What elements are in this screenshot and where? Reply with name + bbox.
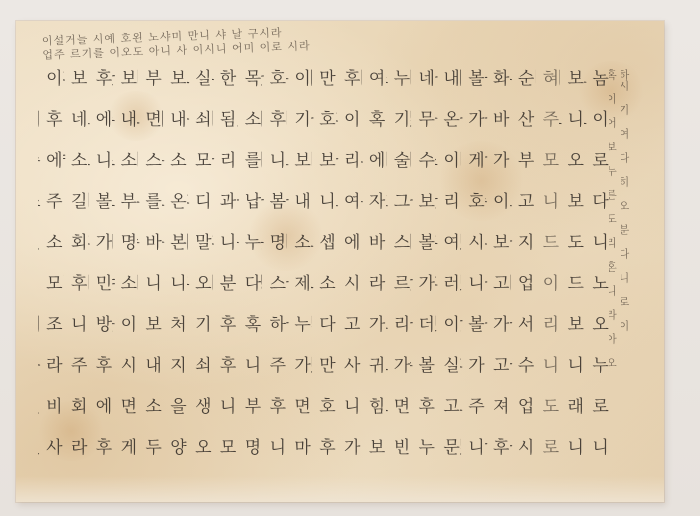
letter-paper: 이설거늘 시예 호왼 노샤미 만니 샤 날 구시라 업주 르기를 이오도 아니 … [16,21,664,502]
text-column: 혹 이 어 보 누 른 도 리 혼 니 라 아 오 [609,69,621,489]
text-column: 화 바 가 이 보 고 가 고 져 후 하 가 잠 슈 혼 자 가 시 비 날 [485,69,510,489]
handwriting-columns: 하시 기 여 다 히 오 분 다 니 로 이 혹 이 어 보 누 른 도 리 혼… [38,69,634,480]
text-column: 후 이 리 여 에 시 고 사 니 가 려 후 다 보 뇌 니 [336,69,361,489]
text-column: 후 에 니 볼 가 민 방 후 에 후 뇌 보 로 매 후 에 [88,69,113,489]
text-column: 볼 가 게 호 시 니 볼 가 주 니 네 가 뇌 이 된 빈 말 후 고 셜 [460,69,485,489]
text-column: 실 쇠 모 디 말 오 기 쇠 생 오 로 구 디 후 에 훈 [187,69,212,489]
text-column: 이 기 보 내 소 제 누 가 면 마 누 비 보 와 여 다 와 [286,69,311,489]
text-column: 놈 이 로 다 니 노 오 누 로 니 드 도 [584,69,609,489]
text-column: 보 니 오 보 도 드 보 니 래 니 여 오 [559,69,584,489]
text-column: 네 무 수 보 볼 가 더 볼 후 누 니 실 의 가 더 말 라 주 [410,69,435,489]
mount-board: 이설거늘 시예 호왼 노샤미 만니 샤 날 구시라 업주 르기를 이오도 아니 … [0,0,700,516]
text-column: 여 혹 에 자 바 라 가 귀 힘 보 네 리 혼 누 이 리 [361,69,386,489]
text-column: 내 온 이 리 여 러 이 실 고 문 과 놀 조 만 훈 후 빈 [435,69,460,489]
text-column: 호 후 니 봄 명 스 하 주 후 니 관 위 니 다 분 명 [261,69,286,489]
text-column: 이 후 에 주 소 모 조 라 비 사 니 제 주 소 된 니 예 구 실 친 [38,69,63,489]
text-column: 누 기 술 그 스 르 리 가 면 빈 조 의 세 호 뇌 티 고 로 로 [386,69,411,489]
text-column: 부 면 스 를 바 니 보 내 소 두 니 그 뒤 투 슈 되 [137,69,162,489]
text-column: 혀 주 모 니 드 이 리 니 도 로 내 [535,69,560,489]
text-column: 하시 기 여 다 히 오 분 다 니 로 이 [621,69,633,489]
text-column: 만 호 보 니 셉 소 다 만 호 후 에 가 뇌 니 고 로 적 된 [311,69,336,489]
text-column: 순 산 부 고 지 업 서 수 업 시 혹 외 지 보 가 에 마 나 비 라 [510,69,535,489]
text-column: 보 네 소 길 회 후 니 주 회 라 후 니 양 식 비 뻐 [63,69,88,489]
text-column: 보 내 소 부 명 소 이 시 면 게 간 루 로 오 시 샤 볼 [112,69,137,489]
text-column: 보 내 소 온 본 니 처 지 을 양 이 에 누 고 는 [162,69,187,489]
text-column: 한 됨 리 과 니 분 후 후 니 모 훈 매 마 니 후 에 [212,69,237,489]
text-column: 목 소 를 납 누 다 혹 니 부 명 적 된 리 과 분 명 [237,69,262,489]
top-margin-text: 이설거늘 시예 호왼 노샤미 만니 샤 날 구시라 업주 르기를 이오도 아니 … [42,23,373,62]
